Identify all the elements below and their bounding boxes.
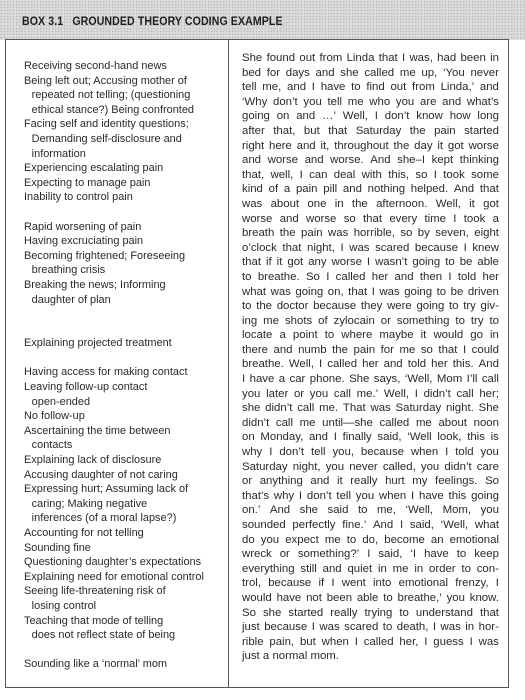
code-item: Inability to control pain: [24, 190, 216, 205]
transcript-line: kindofapainpillandnothinghelped.Andthat: [242, 182, 499, 197]
box-header-band: BOX 3.1 GROUNDED THEORY CODING EXAMPLE: [0, 0, 525, 40]
code-line: Explaining need for emotional control: [24, 570, 216, 585]
code-item: Teaching that mode of tellingdoes not re…: [24, 614, 216, 643]
code-line: Receiving second-hand news: [24, 59, 216, 74]
transcript-line: breathe.Well,Icalledherandtoldherthis.An…: [242, 357, 499, 372]
code-item: Receiving second-hand news: [24, 59, 216, 74]
code-item: Questioning daughter’s expectations: [24, 555, 216, 570]
code-line: Leaving follow-up contact: [24, 380, 216, 395]
transcript-line: everythingstillandquietinmeinordertocon-: [242, 562, 499, 577]
code-line: Demanding self-disclosure and: [24, 132, 216, 147]
codes-column: Receiving second-hand newsBeing left out…: [24, 59, 224, 672]
transcript-line: Saturdaynight,younevercalled,youdidn’tca…: [242, 460, 499, 475]
code-item: Experiencing escalating pain: [24, 161, 216, 176]
code-line: losing control: [24, 599, 216, 614]
transcript-line: Ihaveacarphone.Shesays,‘Well,MomI’llcall: [242, 372, 499, 387]
code-line: Explaining lack of disclosure: [24, 453, 216, 468]
transcript-line: whyIdon’ttellyou,becausewhenItoldyou: [242, 445, 499, 460]
code-line: Rapid worsening of pain: [24, 220, 216, 235]
code-item: Facing self and identity questions;Deman…: [24, 117, 216, 161]
transcript-line: tothedoctorbecausetheyweregoingtotrygiv-: [242, 299, 499, 314]
transcript-line: bedfordaysandshecalledmeup,‘Younever: [242, 66, 499, 81]
code-line: Teaching that mode of telling: [24, 614, 216, 629]
code-line: Seeing life-threatening risk of: [24, 584, 216, 599]
box-label: BOX 3.1: [22, 16, 63, 28]
code-item: Explaining projected treatment: [24, 336, 216, 351]
code-item: Having access for making contact: [24, 365, 216, 380]
code-line: Facing self and identity questions;: [24, 117, 216, 132]
transcript-line: trol,becauseifIwentintoemotionalfrenzy,I: [242, 576, 499, 591]
code-line: ethical stance?) Being confronted: [24, 103, 216, 118]
code-item: Expressing hurt; Assuming lack ofcaring;…: [24, 482, 216, 526]
box-heading: GROUNDED THEORY CODING EXAMPLE: [72, 16, 282, 28]
code-line: open-ended: [24, 395, 216, 410]
transcript-line: didn’tcallmeuntil—shecalledmeaboutnoon: [242, 416, 499, 431]
code-line: Explaining projected treatment: [24, 336, 216, 351]
transcript-line: o’clockthatnight,IwasscaredbecauseIknew: [242, 241, 499, 256]
transcript-line: ShefoundoutfromLindathatIwas,hadbeenin: [242, 51, 499, 66]
code-line: Accusing daughter of not caring: [24, 468, 216, 483]
code-line: repeated not telling; (questioning: [24, 88, 216, 103]
code-item: Expecting to manage pain: [24, 176, 216, 191]
transcript-line: shedidn’tcallme.ThatwasSaturdaynight.She: [242, 401, 499, 416]
transcript-line: thatifitgotanyworseIwasn’tgoingtobeable: [242, 255, 499, 270]
code-line: inferences (of a moral lapse?): [24, 511, 216, 526]
transcript-line: wouldhavenotbeenabletobreathe,’youknow.: [242, 591, 499, 606]
transcript-line: goingonand…’Well,Idon’tknowhowlong: [242, 109, 499, 124]
code-item: Accounting for not telling: [24, 526, 216, 541]
code-line: Expecting to manage pain: [24, 176, 216, 191]
code-line: does not reflect state of being: [24, 628, 216, 643]
code-line: Breaking the news; Informing: [24, 278, 216, 293]
code-item: Explaining need for emotional control: [24, 570, 216, 585]
code-line: Being left out; Accusing mother of: [24, 74, 216, 89]
transcript-line: thereandnumbthepainformesothatIcould: [242, 343, 499, 358]
transcript-line: wreckorsomething?’Isaid,‘Ihavetokeep: [242, 547, 499, 562]
transcript-line: Soshestartedreallytryingtounderstandthat: [242, 606, 499, 621]
transcript-line: afterthat,butthatSaturdaythepainstarted: [242, 124, 499, 139]
transcript-column: ShefoundoutfromLindathatIwas,hadbeeninbe…: [242, 51, 499, 664]
code-line: Expressing hurt; Assuming lack of: [24, 482, 216, 497]
code-line: Having excruciating pain: [24, 234, 216, 249]
transcript-line: doyouexpectmetodo,becomeanemotional: [242, 533, 499, 548]
transcript-line: tellme,andIhavetofindoutfromLinda,’and: [242, 80, 499, 95]
code-line: Questioning daughter’s expectations: [24, 555, 216, 570]
transcript-line: ingmeshotsofzylocainorsomethingtotryto: [242, 314, 499, 329]
code-item: Seeing life-threatening risk oflosing co…: [24, 584, 216, 613]
code-line: Becoming frightened; Foreseeing: [24, 249, 216, 264]
code-item: Leaving follow-up contactopen-ended: [24, 380, 216, 409]
transcript-line: justbecauseIwasscaredtodeath,Iwasinhor-: [242, 620, 499, 635]
transcript-line: righthereandit,throughoutthedayitgotwors…: [242, 139, 499, 154]
code-line: Experiencing escalating pain: [24, 161, 216, 176]
code-line: Sounding fine: [24, 541, 216, 556]
transcript-line: youlateroryoucallme.’Well,Ididn’tcallher…: [242, 387, 499, 402]
code-item: Being left out; Accusing mother ofrepeat…: [24, 74, 216, 118]
transcript-line: andworseandworse.Andshe–Ikeptthinking: [242, 153, 499, 168]
transcript-line: worseandworsesothateverytimeItooka: [242, 212, 499, 227]
transcript-line: whatwasgoingon,thatIwasgoingtobedriven: [242, 285, 499, 300]
code-item: Explaining lack of disclosure: [24, 453, 216, 468]
code-line: Ascertaining the time between: [24, 424, 216, 439]
transcript-line: soundedperfectlyfine.’AndIsaid,‘Well,wha…: [242, 518, 499, 533]
transcript-line: that,well,Icandealwiththis,soItooksome: [242, 168, 499, 183]
transcript-line: onMonday,andIfinallysaid,‘Welllook,thisi…: [242, 430, 499, 445]
transcript-line: oranythinganditreallyhurtmyfeelings.So: [242, 474, 499, 489]
code-item: Accusing daughter of not caring: [24, 468, 216, 483]
code-item: Sounding like a ‘normal’ mom: [24, 657, 216, 672]
code-item: Breaking the news; Informingdaughter of …: [24, 278, 216, 307]
code-line: Sounding like a ‘normal’ mom: [24, 657, 216, 672]
transcript-line: on.’Andshesaidtome,‘Well,Mom,you: [242, 503, 499, 518]
transcript-line: tobreathe.SoIcalledherandthenItoldher: [242, 270, 499, 285]
box-title: BOX 3.1 GROUNDED THEORY CODING EXAMPLE: [22, 16, 283, 28]
code-item: No follow-up: [24, 409, 216, 424]
transcript-line: breaththepainwashorrible,sobyseven,eight: [242, 226, 499, 241]
code-line: breathing crisis: [24, 263, 216, 278]
transcript-line: ‘Whydon’tyoutellmewhoyouareandwhat’s: [242, 95, 499, 110]
column-divider: [228, 40, 229, 687]
code-line: contacts: [24, 438, 216, 453]
code-line: Accounting for not telling: [24, 526, 216, 541]
code-line: Having access for making contact: [24, 365, 216, 380]
transcript-line: that’swhyIdon’ttellyouwhenIhavethisgoing: [242, 489, 499, 504]
code-item: Ascertaining the time betweencontacts: [24, 424, 216, 453]
transcript-line: locateapointtowheremaybeitwouldgoin: [242, 328, 499, 343]
code-line: Inability to control pain: [24, 190, 216, 205]
code-line: daughter of plan: [24, 293, 216, 308]
code-item: Having excruciating pain: [24, 234, 216, 249]
code-line: No follow-up: [24, 409, 216, 424]
transcript-line: riblepain,butwhenIcalledher,IguessIwas: [242, 635, 499, 650]
coding-table: Receiving second-hand newsBeing left out…: [5, 39, 509, 688]
code-item: Sounding fine: [24, 541, 216, 556]
code-item: Becoming frightened; Foreseeingbreathing…: [24, 249, 216, 278]
transcript-line: justanormalmom.: [242, 649, 499, 664]
transcript-line: wasaboutoneintheafternoon.Well,itgot: [242, 197, 499, 212]
code-item: Rapid worsening of pain: [24, 220, 216, 235]
code-line: information: [24, 147, 216, 162]
code-line: caring; Making negative: [24, 497, 216, 512]
